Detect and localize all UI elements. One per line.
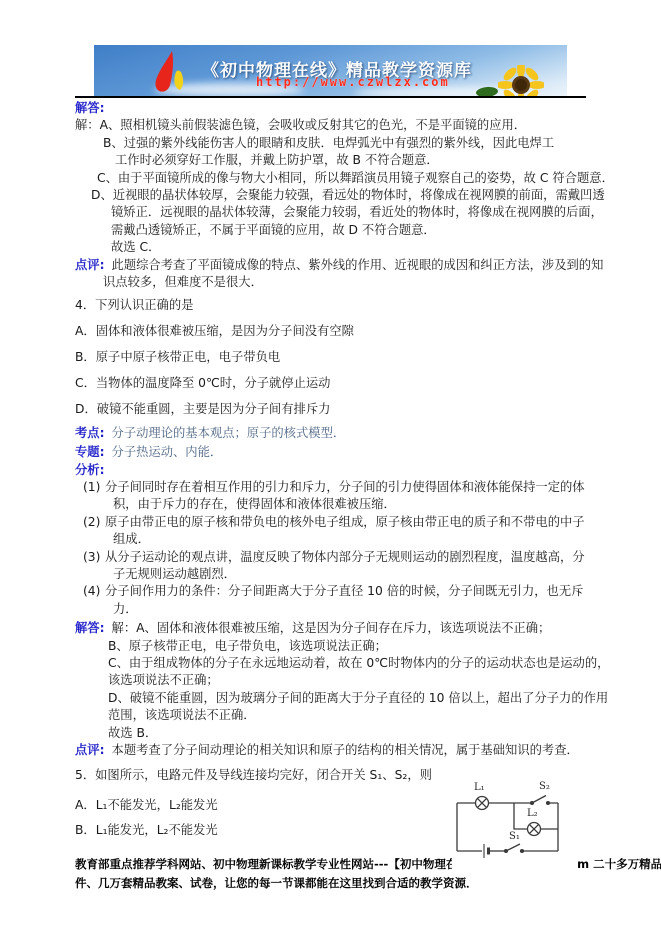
line-text: 解：A、固体和液体很难被压缩，这是因为分子间存在斥力，该选项说法不正确； <box>112 621 551 635</box>
section-label: 解答: <box>75 621 105 635</box>
doc-line: 4．下列认识正确的是 <box>75 297 590 314</box>
line-text: B、原子核带正电，电子带负电，该选项说法正确； <box>108 639 387 653</box>
line-text: 组成． <box>113 532 150 546</box>
doc-line: 专题:分子热运动、内能． <box>75 443 590 462</box>
wire <box>548 803 558 851</box>
line-text: 需戴凸透镜矫正，不属于平面镜的应用，故 D 不符合题意． <box>111 223 436 237</box>
circuit-diagram <box>452 781 578 873</box>
line-text: A．L₁不能发光，L₂能发光 <box>75 798 218 812</box>
doc-line: 故选 B． <box>75 725 590 742</box>
doc-line: 故选 C． <box>75 239 590 256</box>
line-text: D、破镜不能重圆，因为玻璃分子间的距离大于分子直径的 10 倍以上，超出了分子力… <box>108 691 608 705</box>
line-text: 子无规则运动越剧烈． <box>113 567 236 581</box>
section-label: 解答: <box>75 101 105 115</box>
line-text: 5．如图所示，电路元件及导线连接均完好，闭合开关 S₁、S₂，则 <box>75 768 432 782</box>
line-text: 镜矫正．远视眼的晶状体较薄，会聚能力较弱，看近处的物体时，将像成在视网膜的后面， <box>111 205 603 219</box>
lamp-l2-icon <box>528 823 541 836</box>
line-text: 范围，该选项说法不正确． <box>108 708 256 722</box>
lamp-l1-icon <box>476 797 489 810</box>
doc-line: 组成． <box>75 531 590 548</box>
list-number: (4) <box>75 583 105 600</box>
line-text: 分子间作用力的条件：分子间距离大于分子直径 10 倍的时候，分子间既无引力，也无… <box>105 584 583 598</box>
doc-line: C、由于平面镜所成的像与物大小相同，所以舞蹈演员用镜子观察自己的姿势，故 C 符… <box>75 170 590 187</box>
doc-line: C、由于组成物体的分子在永远地运动着，故在 0℃时物体内的分子的运动状态也是运动… <box>75 655 590 672</box>
doc-line: B、过强的紫外线能伤害人的眼睛和皮肤．电焊弧光中有强烈的紫外线，因此电焊工 <box>75 135 590 152</box>
doc-line: 点评:本题考查了分子间动理论的相关知识和原子的结构的相关情况，属于基础知识的考查… <box>75 742 590 759</box>
line-text: 积，由于斥力的存在，使得固体和液体很难被压缩． <box>113 497 396 511</box>
doc-line: (4)分子间作用力的条件：分子间距离大于分子直径 10 倍的时候，分子间既无引力… <box>75 583 590 600</box>
wire <box>457 803 482 851</box>
list-number: (1) <box>75 479 105 496</box>
doc-line: (1)分子间同时存在着相互作用的引力和斥力，分子间的引力使得固体和液体能保持一定… <box>75 479 590 496</box>
site-logo-icon <box>150 50 186 94</box>
list-number: (3) <box>75 549 105 566</box>
battery-icon <box>484 844 489 858</box>
doc-line: D．破镜不能重圆，主要是因为分子间有排斥力 <box>75 401 590 418</box>
list-number: (2) <box>75 514 105 531</box>
doc-line: 该选项说法不正确； <box>75 672 590 689</box>
line-text: C．当物体的温度降至 0℃时，分子就停止运动 <box>75 376 330 390</box>
section-label: 考点: <box>75 426 105 440</box>
topic-link: 分子热运动、内能． <box>112 445 223 459</box>
line-text: 故选 B． <box>108 726 157 740</box>
line-text: 该选项说法不正确； <box>108 673 219 687</box>
section-label: 点评: <box>75 258 105 272</box>
doc-line: C．当物体的温度降至 0℃时，分子就停止运动 <box>75 375 590 392</box>
doc-line: 范围，该选项说法不正确． <box>75 707 590 724</box>
sunflower-icon <box>498 65 544 96</box>
line-text: B．原子中原子核带正电，电子带负电 <box>75 350 280 364</box>
document-body: 解答:解：A、照相机镜头前假装滤色镜，会吸收或反射其它的色光，不是平面镜的应用．… <box>75 97 590 840</box>
line-text: D．破镜不能重圆，主要是因为分子间有排斥力 <box>75 402 330 416</box>
topic-link: 分子动理论的基本观点；原子的核式模型． <box>112 426 346 440</box>
line-text: 分子间同时存在着相互作用的引力和斥力，分子间的引力使得固体和液体能保持一定的体 <box>105 480 585 494</box>
doc-line: 点评:此题综合考查了平面镜成像的特点、紫外线的作用、近视眼的成因和纠正方法，涉及… <box>75 257 590 274</box>
doc-line: A．固体和液体很难被压缩，是因为分子间没有空隙 <box>75 323 590 340</box>
section-label: 专题: <box>75 445 105 459</box>
line-text: 识点较多，但难度不是很大． <box>103 275 263 289</box>
doc-line: 需戴凸透镜矫正，不属于平面镜的应用，故 D 不符合题意． <box>75 222 590 239</box>
circuit-figure: L₁ S₂ L₂ S₁ <box>452 781 578 873</box>
switch-s1-icon <box>505 844 524 852</box>
line-text: 解：A、照相机镜头前假装滤色镜，会吸收或反射其它的色光，不是平面镜的应用． <box>75 118 526 132</box>
doc-line: 镜矫正．远视眼的晶状体较薄，会聚能力较弱，看近处的物体时，将像成在视网膜的后面， <box>75 204 590 221</box>
switch-s2-label: S₂ <box>539 782 550 792</box>
line-text: D、近视眼的晶状体较厚，会聚能力较强，看远处的物体时，将像成在视网膜的前面，需戴… <box>91 188 605 202</box>
doc-line: B、原子核带正电，电子带负电，该选项说法正确； <box>75 638 590 655</box>
banner-url: http://www.czwlzx.com <box>256 75 450 89</box>
line-text: 本题考查了分子间动理论的相关知识和原子的结构的相关情况，属于基础知识的考查． <box>112 743 579 757</box>
doc-line: 识点较多，但难度不是很大． <box>75 274 590 291</box>
doc-line: (2)原子由带正电的原子核和带负电的核外电子组成，原子核由带正电的质子和不带电的… <box>75 514 590 531</box>
switch-s2-icon <box>531 796 550 805</box>
line-text: 此题综合考查了平面镜成像的特点、紫外线的作用、近视眼的成因和纠正方法，涉及到的知 <box>112 258 604 272</box>
doc-line: 工作时必须穿好工作服，并戴上防护罩，故 B 不符合题意． <box>75 152 590 169</box>
doc-line: B．原子中原子核带正电，电子带负电 <box>75 349 590 366</box>
section-label: 分析: <box>75 463 105 477</box>
doc-line: D、近视眼的晶状体较厚，会聚能力较强，看远处的物体时，将像成在视网膜的前面，需戴… <box>75 187 590 204</box>
line-text: 故选 C． <box>111 240 160 254</box>
doc-line: 分析: <box>75 462 590 479</box>
lamp-l2-label: L₂ <box>527 809 538 819</box>
line-text: C、由于平面镜所成的像与物大小相同，所以舞蹈演员用镜子观察自己的姿势，故 C 符… <box>97 171 614 185</box>
doc-line: D、破镜不能重圆，因为玻璃分子间的距离大于分子直径的 10 倍以上，超出了分子力… <box>75 690 590 707</box>
section-label: 点评: <box>75 743 105 757</box>
doc-line: 解答:解：A、固体和液体很难被压缩，这是因为分子间存在斥力，该选项说法不正确； <box>75 620 590 637</box>
line-text: 从分子运动论的观点讲，温度反映了物体内部分子无规则运动的剧烈程度，温度越高，分 <box>105 550 585 564</box>
line-text: 力． <box>113 602 138 616</box>
doc-line: 考点:分子动理论的基本观点；原子的核式模型． <box>75 424 590 443</box>
footer-line: 件、几万套精品教案、试卷，让您的每一节课都能在这里找到合适的教学资源． <box>75 874 590 893</box>
doc-line: 力． <box>75 601 590 618</box>
line-text: B．L₁能发光，L₂不能发光 <box>75 823 218 837</box>
line-text: A．固体和液体很难被压缩，是因为分子间没有空隙 <box>75 324 354 338</box>
line-text: 4．下列认识正确的是 <box>75 298 194 312</box>
doc-line: 解：A、照相机镜头前假装滤色镜，会吸收或反射其它的色光，不是平面镜的应用． <box>75 117 590 134</box>
doc-line: 子无规则运动越剧烈． <box>75 566 590 583</box>
doc-line: 解答: <box>75 100 590 117</box>
line-text: 原子由带正电的原子核和带负电的核外电子组成，原子核由带正电的质子和不带电的中子 <box>105 515 585 529</box>
line-text: C、由于组成物体的分子在永远地运动着，故在 0℃时物体内的分子的运动状态也是运动… <box>108 656 609 670</box>
document-page: 《初中物理在线》精品教学资源库 http://www.czwlzx.com 解答… <box>0 0 661 936</box>
wire <box>514 803 528 829</box>
line-text: B、过强的紫外线能伤害人的眼睛和皮肤．电焊弧光中有强烈的紫外线，因此电焊工 <box>103 136 554 150</box>
switch-s1-label: S₁ <box>509 832 520 842</box>
site-banner: 《初中物理在线》精品教学资源库 http://www.czwlzx.com <box>94 45 567 96</box>
line-text: 工作时必须穿好工作服，并戴上防护罩，故 B 不符合题意． <box>115 153 439 167</box>
doc-line: (3)从分子运动论的观点讲，温度反映了物体内部分子无规则运动的剧烈程度，温度越高… <box>75 549 590 566</box>
lamp-l1-label: L₁ <box>474 783 485 793</box>
doc-line: 积，由于斥力的存在，使得固体和液体很难被压缩． <box>75 496 590 513</box>
